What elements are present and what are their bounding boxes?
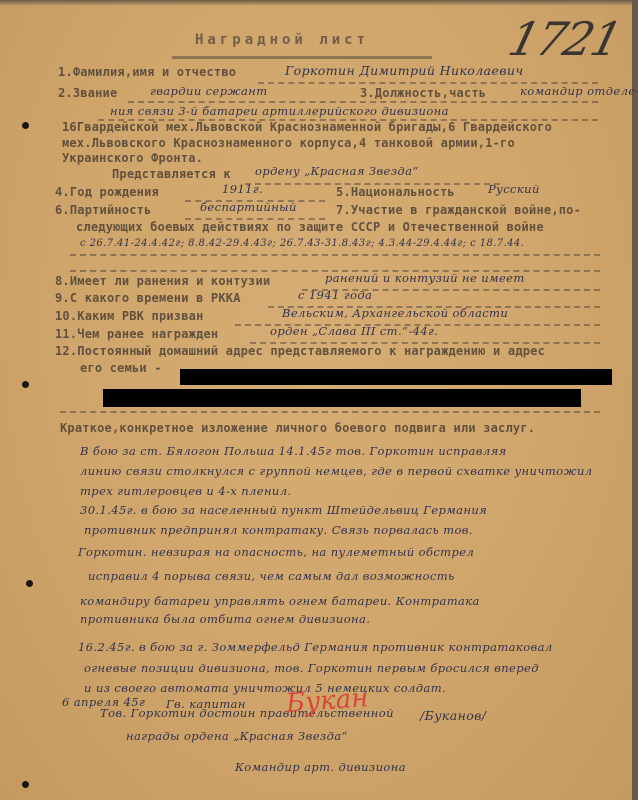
field-6-label: 6.Партийность xyxy=(55,203,152,217)
signature-mark: Букан xyxy=(285,683,369,719)
field-7-value: с 26.7.41-24.4.42г; 8.8.42-29.4.43г; 26.… xyxy=(80,238,524,249)
signoff-date: 6 апреля 45г xyxy=(62,695,145,709)
field-11-label: 11.Чем ранее награжден xyxy=(55,327,218,341)
field-2-line xyxy=(128,101,598,103)
field-7-label-1: 7.Участие в гражданской войне,по- xyxy=(336,203,581,217)
unit-line-3: Украинского Фронта. xyxy=(62,151,203,165)
field-10-value: Вельским, Архангельской области xyxy=(282,306,508,320)
narrative-line: 30.1.45г. в бою за населенный пункт Штей… xyxy=(80,503,487,517)
field-4-value: 1911г. xyxy=(222,182,263,196)
title-underline xyxy=(172,56,432,59)
field-12-label-2: его семьи - xyxy=(80,361,162,375)
field-4-label: 4.Год рождения xyxy=(55,185,159,199)
narrative-line: линию связи столкнулся с группой немцев,… xyxy=(80,464,593,478)
field-3-label: 3.Должность,часть xyxy=(360,86,486,100)
narrative-line: В бою за ст. Бялогон Польша 14.1.45г тов… xyxy=(80,444,507,458)
archive-number: 1721 xyxy=(503,12,626,66)
signoff-rank: Гв. капитан xyxy=(166,697,246,711)
scan-right-edge xyxy=(632,0,638,800)
field-1-label: 1.Фамилия,имя и отчество xyxy=(58,65,236,79)
field-12-line xyxy=(60,411,600,413)
punch-hole xyxy=(22,781,29,788)
field-10-label: 10.Каким РВК призван xyxy=(55,309,204,323)
signoff-role: Командир арт. дивизиона xyxy=(235,760,406,774)
field-12-label-1: 12.Постоянный домашний адрес представляе… xyxy=(55,344,545,358)
field-2-label: 2.Звание xyxy=(58,86,117,100)
punch-hole xyxy=(26,580,33,587)
scan-top-shadow xyxy=(0,0,632,6)
field-9-value: с 1941 года xyxy=(298,288,372,302)
redacted-address-1 xyxy=(180,369,612,385)
redacted-address-2 xyxy=(103,389,581,407)
punch-hole xyxy=(22,122,29,129)
field-7-line-1 xyxy=(70,254,600,256)
narrative-line: противник предпринял контратаку. Связь п… xyxy=(84,523,473,537)
field-9-label: 9.С какого времени в РККА xyxy=(55,291,241,305)
nominated-label: Представляется к xyxy=(112,167,231,181)
field-11-value: орден „Слава III ст.“-44г. xyxy=(270,324,438,338)
nominated-value: ордену „Красная Звезда“ xyxy=(255,164,419,178)
field-3-value-1: командир отделе- xyxy=(520,84,638,98)
field-2-value: гвардии сержант xyxy=(150,84,268,98)
field-8-value: ранений и контузий не имеет xyxy=(325,271,525,285)
field-5-label: 5.Национальность xyxy=(336,185,455,199)
signoff-name: /Буканов/ xyxy=(420,708,486,723)
narrative-line: Горкотин. невзирая на опасность, на пуле… xyxy=(78,545,474,559)
punch-hole xyxy=(22,381,29,388)
field-3-value-2: ния связи 3-й батареи артиллерийского ди… xyxy=(110,104,449,118)
unit-line-2: мех.Львовского Краснознаменного корпуса,… xyxy=(62,136,515,150)
narrative-line: противника была отбита огнем дивизиона. xyxy=(80,612,370,626)
unit-line-1: 16Гвардейской мех.Львовской Краснознамен… xyxy=(62,120,552,134)
narrative-line: и из своего автомата уничтожил 5 немецки… xyxy=(84,681,446,695)
narrative-line: трех гитлеровцев и 4-х пленил. xyxy=(80,484,292,498)
narrative-line: награды ордена „Красная Звезда“ xyxy=(126,729,348,743)
summary-heading: Краткое,конкретное изложение личного бое… xyxy=(60,421,535,435)
field-7-label-2: следующих боевых действиях по защите ССС… xyxy=(76,220,544,234)
narrative-line: командиру батареи управлять огнем батаре… xyxy=(80,594,480,608)
document-title: Наградной лист xyxy=(195,32,369,48)
field-1-value: Горкотин Димитрий Николаевич xyxy=(285,63,524,78)
field-6-value: беспартийный xyxy=(200,200,297,214)
narrative-line: 16.2.45г. в бою за г. Зоммерфельд Герман… xyxy=(78,640,553,654)
narrative-line: исправил 4 порыва связи, чем самым дал в… xyxy=(88,569,455,583)
narrative-line: огневые позиции дивизиона, тов. Горкотин… xyxy=(84,661,539,675)
field-5-value: Русский xyxy=(488,182,540,196)
field-8-label: 8.Имеет ли ранения и контузии xyxy=(55,274,270,288)
